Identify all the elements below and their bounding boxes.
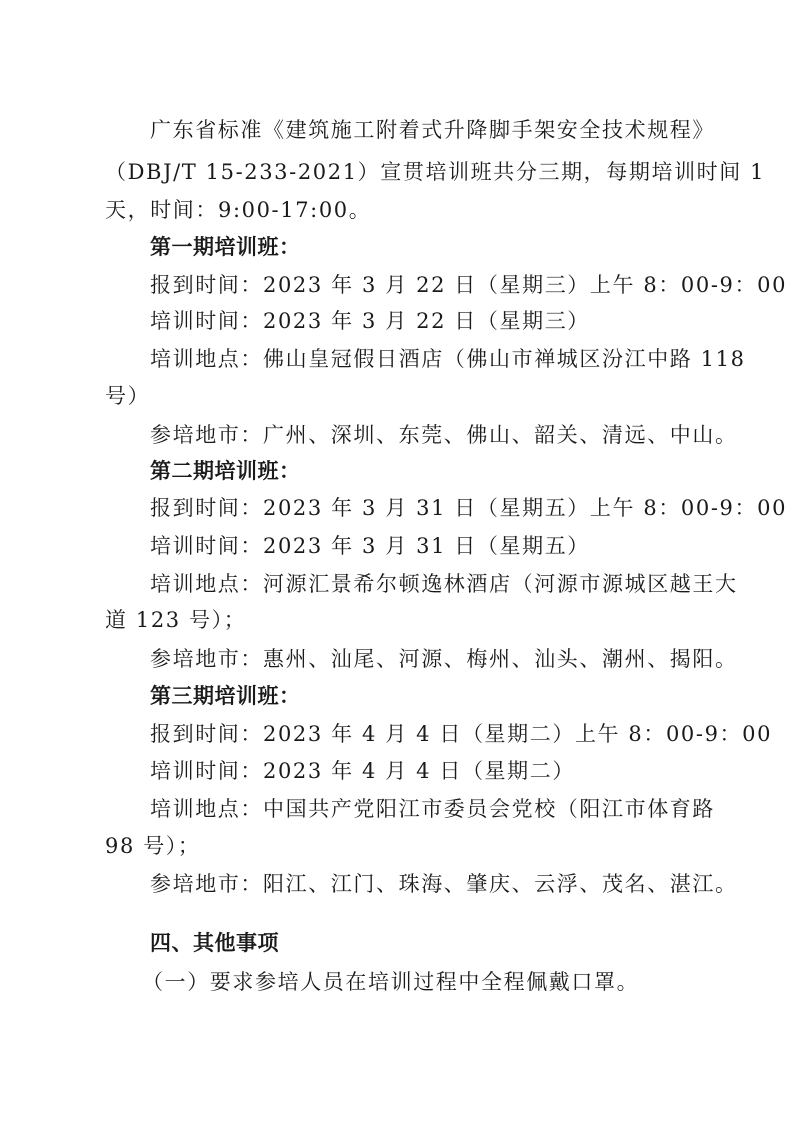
session-3-training-time: 培训时间：2023 年 4 月 4 日（星期二） <box>150 753 750 789</box>
session-3-location: 培训地点：中国共产党阳江市委员会党校（阳江市体育路 <box>150 791 750 827</box>
session-1-cities: 参培地市：广州、深圳、东莞、佛山、韶关、清远、中山。 <box>150 417 750 453</box>
document-page: 广东省标准《建筑施工附着式升降脚手架安全技术规程》 （DBJ/T 15-233-… <box>0 0 800 1131</box>
session-1-registration: 报到时间：2023 年 3 月 22 日（星期三）上午 8：00-9：00 <box>150 267 750 303</box>
session-3-location-cont: 98 号）； <box>105 828 705 864</box>
session-1-training-time: 培训时间：2023 年 3 月 22 日（星期三） <box>150 303 750 339</box>
session-1-heading: 第一期培训班： <box>150 229 750 265</box>
session-2-heading: 第二期培训班： <box>150 453 750 489</box>
session-2-location: 培训地点：河源汇景希尔顿逸林酒店（河源市源城区越王大 <box>150 566 750 602</box>
session-1-location: 培训地点：佛山皇冠假日酒店（佛山市禅城区汾江中路 118 <box>150 341 750 377</box>
intro-line-2: （DBJ/T 15-233-2021）宣贯培训班共分三期，每期培训时间 1 <box>105 154 705 190</box>
session-2-training-time: 培训时间：2023 年 3 月 31 日（星期五） <box>150 528 750 564</box>
session-2-location-cont: 道 123 号）； <box>105 602 705 638</box>
session-2-cities: 参培地市：惠州、汕尾、河源、梅州、汕头、潮州、揭阳。 <box>150 641 750 677</box>
session-1-location-cont: 号） <box>105 378 705 414</box>
session-3-heading: 第三期培训班： <box>150 678 750 714</box>
session-2-registration: 报到时间：2023 年 3 月 31 日（星期五）上午 8：00-9：00 <box>150 490 750 526</box>
section-four-item-1: （一）要求参培人员在培训过程中全程佩戴口罩。 <box>142 964 742 1000</box>
intro-line-1: 广东省标准《建筑施工附着式升降脚手架安全技术规程》 <box>150 112 750 148</box>
session-3-cities: 参培地市：阳江、江门、珠海、肇庆、云浮、茂名、湛江。 <box>150 866 750 902</box>
section-four-heading: 四、其他事项 <box>150 925 750 961</box>
session-3-registration: 报到时间：2023 年 4 月 4 日（星期二）上午 8：00-9：00 <box>150 716 750 752</box>
intro-line-3: 天，时间：9:00-17:00。 <box>105 192 705 228</box>
